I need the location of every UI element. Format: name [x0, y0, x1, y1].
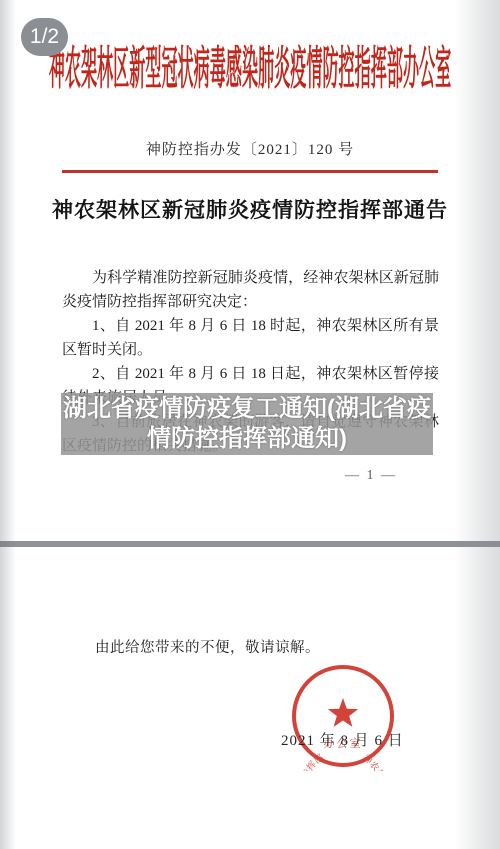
closing-line: 由此给您带来的不便，敬请谅解。 [95, 636, 320, 657]
page-counter-label: 1/2 [30, 25, 59, 49]
right-page-edge-shadow [454, 0, 500, 849]
paragraph-intro: 为科学精准防控新冠肺炎疫情，经神农架林区新冠肺炎疫情防控指挥部研究决定： [62, 266, 439, 314]
document-date: 2021 年 8 月 6 日 [281, 729, 404, 750]
document-photo-viewer: 1/2 神农架林区新型冠状病毒感染肺炎疫情防控指挥部办公室 神防控指办发〔202… [0, 0, 500, 849]
seal-star-icon [328, 698, 358, 727]
paragraph-item-1: 1、自 2021 年 8 月 6 日 18 时起，神农架林区所有景区暂时关闭。 [62, 314, 439, 362]
page-counter-badge: 1/2 [21, 18, 68, 56]
office-header-row: 神农架林区新型冠状病毒感染肺炎疫情防控指挥部办公室 [0, 40, 500, 90]
caption-text: 湖北省疫情防疫复工通知(湖北省疫情防控指挥部通知) [61, 394, 433, 454]
red-header-rule [62, 170, 438, 173]
document-number: 神防控指办发〔2021〕120 号 [0, 138, 500, 159]
document-title: 神农架林区新冠肺炎疫情防控指挥部通告 [0, 194, 500, 224]
page-divider [0, 541, 500, 547]
office-header-text: 神农架林区新型冠状病毒感染肺炎疫情防控指挥部办公室 [49, 32, 452, 98]
official-seal: 神农架林区新型冠状病毒感染肺炎疫情防控指挥部 办公室 [288, 661, 398, 771]
page-number: — 1 — [345, 468, 397, 484]
left-page-edge-shadow [0, 0, 16, 849]
caption-overlay: 湖北省疫情防疫复工通知(湖北省疫情防控指挥部通知) [61, 393, 433, 455]
